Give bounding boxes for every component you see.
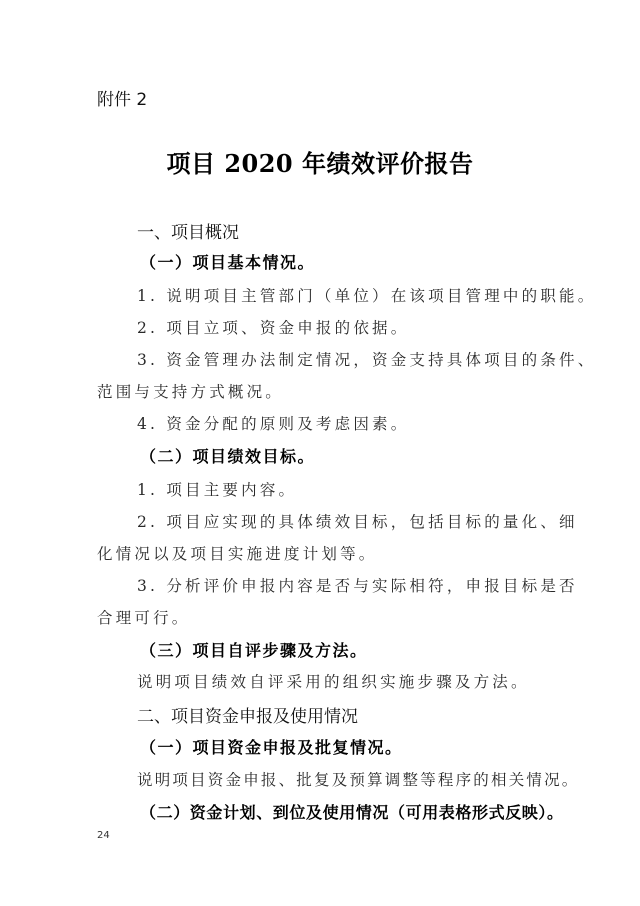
document-title: 项目 2020 年绩效评价报告 [0,144,640,179]
paragraph: 说明项目资金申报、批复及预算调整等程序的相关情况。 [137,768,580,790]
section-1-heading: 一、项目概况 [137,218,239,243]
paragraph: 3. 资金管理办法制定情况，资金支持具体项目的条件、 [137,348,596,370]
section-2-heading: 二、项目资金申报及使用情况 [137,702,358,727]
paragraph: 3. 分析评价申报内容是否与实际相符，申报目标是否 [137,574,578,596]
paragraph: 2. 项目应实现的具体绩效目标，包括目标的量化、细 [137,510,578,532]
paragraph: 范围与支持方式概况。 [97,380,284,402]
paragraph: 化情况以及项目实施进度计划等。 [97,542,378,564]
section-1-1-heading: （一）项目基本情况。 [140,250,315,273]
paragraph: 1. 说明项目主管部门（单位）在该项目管理中的职能。 [137,284,596,306]
attachment-label: 附件 2 [97,85,147,110]
section-2-2-heading: （二）资金计划、到位及使用情况（可用表格形式反映）。 [140,800,564,823]
paragraph: 2. 项目立项、资金申报的依据。 [137,316,409,338]
section-1-2-heading: （二）项目绩效目标。 [140,444,315,467]
page-number: 24 [97,830,110,841]
paragraph: 1. 项目主要内容。 [137,478,297,500]
paragraph: 4. 资金分配的原则及考虑因素。 [137,412,409,434]
section-1-3-heading: （三）项目自评步骤及方法。 [140,638,368,661]
paragraph: 说明项目绩效自评采用的组织实施步骤及方法。 [137,670,530,692]
paragraph: 合理可行。 [97,606,191,628]
section-2-1-heading: （一）项目资金申报及批复情况。 [140,735,403,758]
